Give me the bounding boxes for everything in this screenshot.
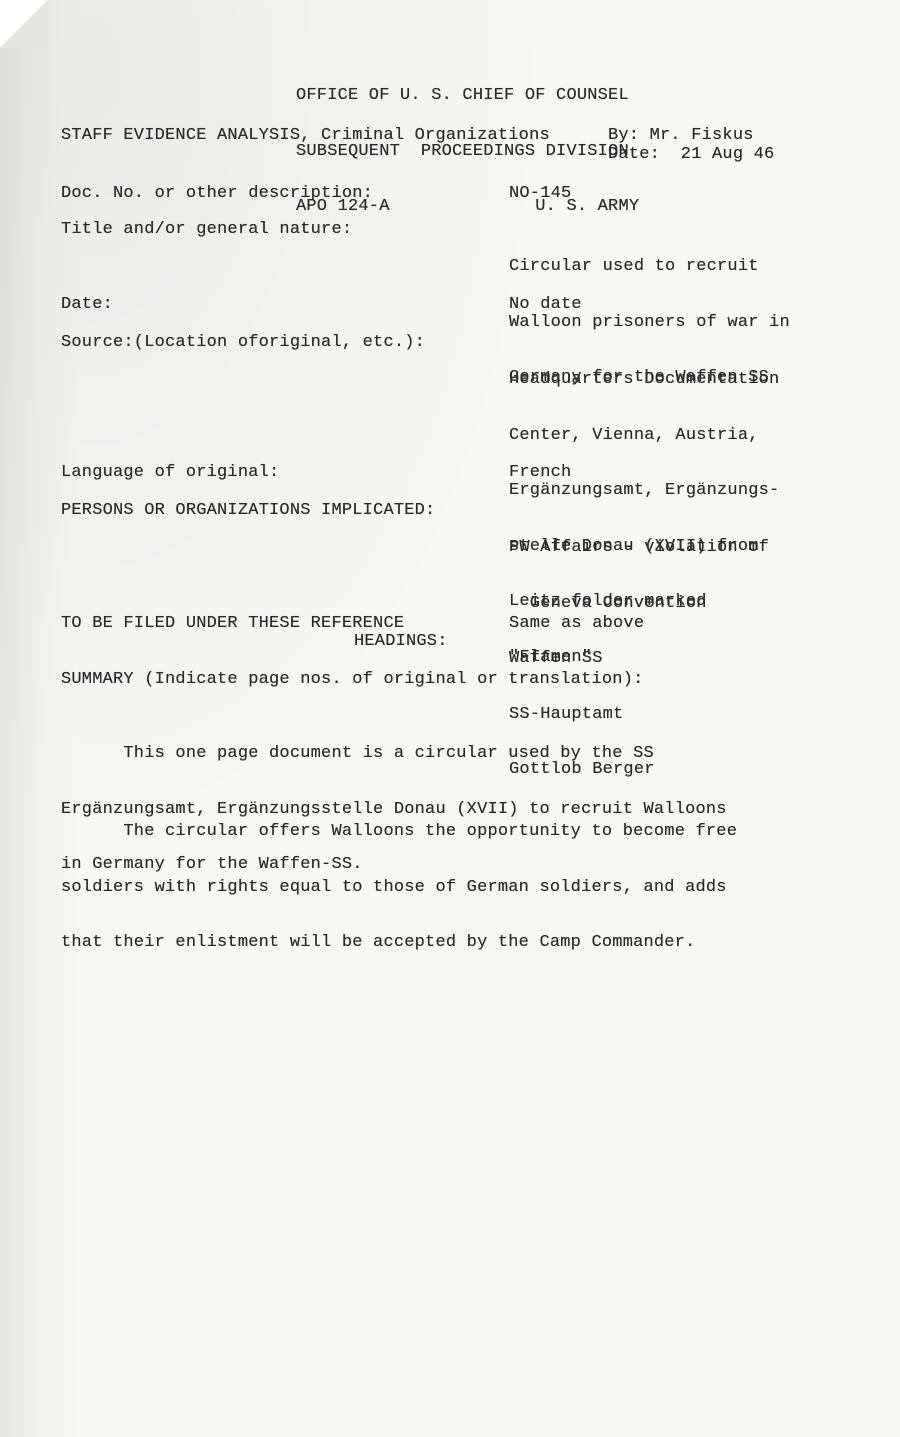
document-page: OFFICE OF U. S. CHIEF OF COUNSEL SUBSEQU… xyxy=(0,0,900,1437)
persons-label: PERSONS OR ORGANIZATIONS IMPLICATED: xyxy=(61,502,435,521)
analysis-title: STAFF EVIDENCE ANALYSIS, Criminal Organi… xyxy=(61,127,550,146)
analyst-name: By: Mr. Fiskus xyxy=(608,127,754,146)
date-value: No date xyxy=(509,296,582,315)
summary-paragraph-2: The circular offers Walloons the opportu… xyxy=(61,786,737,990)
date-label: Date: xyxy=(61,296,113,315)
doc-no-value: NO-145 xyxy=(509,185,571,204)
source-label: Source:(Location oforiginal, etc.): xyxy=(61,334,425,353)
summary-label: SUMMARY (Indicate page nos. of original … xyxy=(61,671,644,690)
filed-under-label-2: HEADINGS: xyxy=(354,633,448,652)
filed-under-label-1: TO BE FILED UNDER THESE REFERENCE xyxy=(61,615,404,634)
filed-under-value: Same as above xyxy=(509,615,644,634)
doc-no-label: Doc. No. or other description: xyxy=(61,185,373,204)
language-label: Language of original: xyxy=(61,464,279,483)
letterhead-line-1: OFFICE OF U. S. CHIEF OF COUNSEL xyxy=(296,87,639,106)
folded-corner xyxy=(0,0,48,48)
language-value: French xyxy=(509,464,571,483)
analysis-date: Date: 21 Aug 46 xyxy=(608,146,774,165)
title-label: Title and/or general nature: xyxy=(61,221,352,240)
